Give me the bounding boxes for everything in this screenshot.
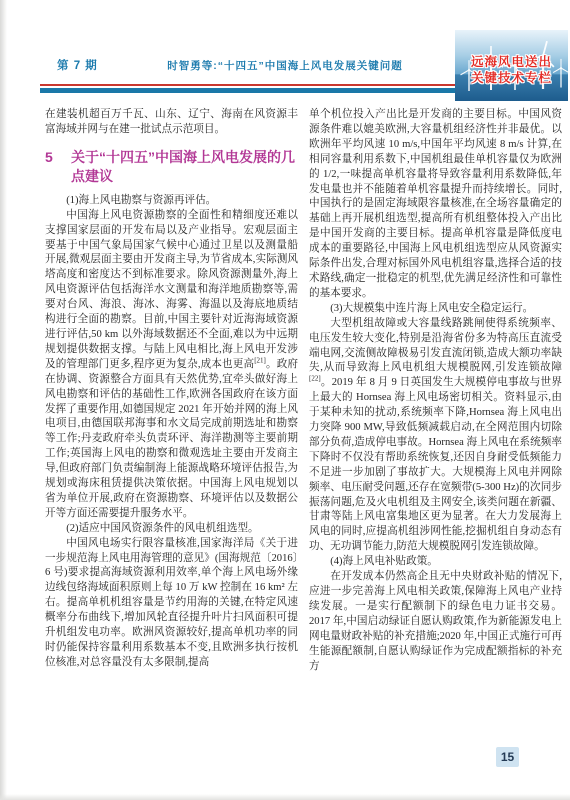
paragraph: 在建装机超百万千瓦、山东、辽宁、海南在风资源丰富海域并网与在建一批试点示范项目。 [45,108,298,138]
paragraph: 在开发成本仍然高企且无中央财政补贴的情况下,应进一步完善海上风电相关政策,保障海… [309,570,562,674]
scan-edge-bottom [0,794,570,800]
column-banner-image: 远海风电送出 关键技术专栏 [455,30,568,101]
text-run: (2)适应中国风资源条件的风电机组选型。 [66,523,258,534]
text-run: 在开发成本仍然高企且无中央财政补贴的情况下,应进一步完善海上风电相关政策,保障海… [309,571,562,671]
paragraph: (3)大规模集中连片海上风电安全稳定运行。 [309,302,562,317]
paragraph: (1)海上风电勘察与资源再评估。 [45,194,298,209]
scan-edge-left [0,0,7,800]
right-column: 单个机位投入产出比是开发商的主要目标。中国风资源条件难以媲美欧洲,大容量机组经济… [309,108,562,674]
text-run: 。政府在协调、资源整合方面具有天然优势,宜牵头做好海上风电勘察和评估的基础性工作… [45,359,298,519]
text-run: 中国风电场实行限容量核准,国家海洋局《关于进一步规范海上风电用海管理的意见》(国… [45,538,298,668]
text-run: (4)海上风电补贴政策。 [330,556,438,567]
citation-ref: [21] [254,356,266,364]
citation-ref: [22] [309,375,321,383]
section-number: 5 [45,148,71,186]
text-run: (3)大规模集中连片海上风电安全稳定运行。 [330,303,533,314]
banner-line2: 关键技术专栏 [455,70,568,86]
text-run: (1)海上风电勘察与资源再评估。 [66,195,216,206]
section-title: 关于“十四五”中国海上风电发展的几点建议 [71,148,298,186]
paragraph: (2)适应中国风资源条件的风电机组选型。 [45,522,298,537]
journal-issue-label: 第 7 期 [57,57,98,73]
article-body: 在建装机超百万千瓦、山东、辽宁、海南在风资源丰富海域并网与在建一批试点示范项目。… [45,108,562,674]
text-run: 。2019 年 8 月 9 日英国发生大规模停电事故与世界上最大的 Hornse… [309,377,562,552]
page-number: 15 [496,747,519,767]
paragraph: 中国风电场实行限容量核准,国家海洋局《关于进一步规范海上风电用海管理的意见》(国… [45,537,298,671]
left-column: 在建装机超百万千瓦、山东、辽宁、海南在风资源丰富海域并网与在建一批试点示范项目。… [45,108,298,674]
text-run: 单个机位投入产出比是开发商的主要目标。中国风资源条件难以媲美欧洲,大容量机组经济… [309,109,562,299]
paragraph: 单个机位投入产出比是开发商的主要目标。中国风资源条件难以媲美欧洲,大容量机组经济… [309,108,562,302]
banner-line1: 远海风电送出 [455,54,568,70]
text-run: 中国海上风电资源勘察的全面性和精细度还难以支撑国家层面的开发布局以及产业指导。宏… [45,210,298,370]
text-run: 在建装机超百万千瓦、山东、辽宁、海南在风资源丰富海域并网与在建一批试点示范项目。 [45,109,298,135]
paragraph: (4)海上风电补贴政策。 [309,555,562,570]
column-banner-text: 远海风电送出 关键技术专栏 [455,54,568,87]
running-title: 时智勇等:“十四五”中国海上风电发展关键问题 [120,58,450,73]
section-heading: 5关于“十四五”中国海上风电发展的几点建议 [45,148,298,186]
text-run: 大型机组故障或大容量线路跳闸使得系统频率、电压发生较大变化,特别是沿海省份多为特… [309,318,562,374]
paragraph: 中国海上风电资源勘察的全面性和精细度还难以支撑国家层面的开发布局以及产业指导。宏… [45,209,298,522]
paragraph: 大型机组故障或大容量线路跳闸使得系统频率、电压发生较大变化,特别是沿海省份多为特… [309,317,562,556]
